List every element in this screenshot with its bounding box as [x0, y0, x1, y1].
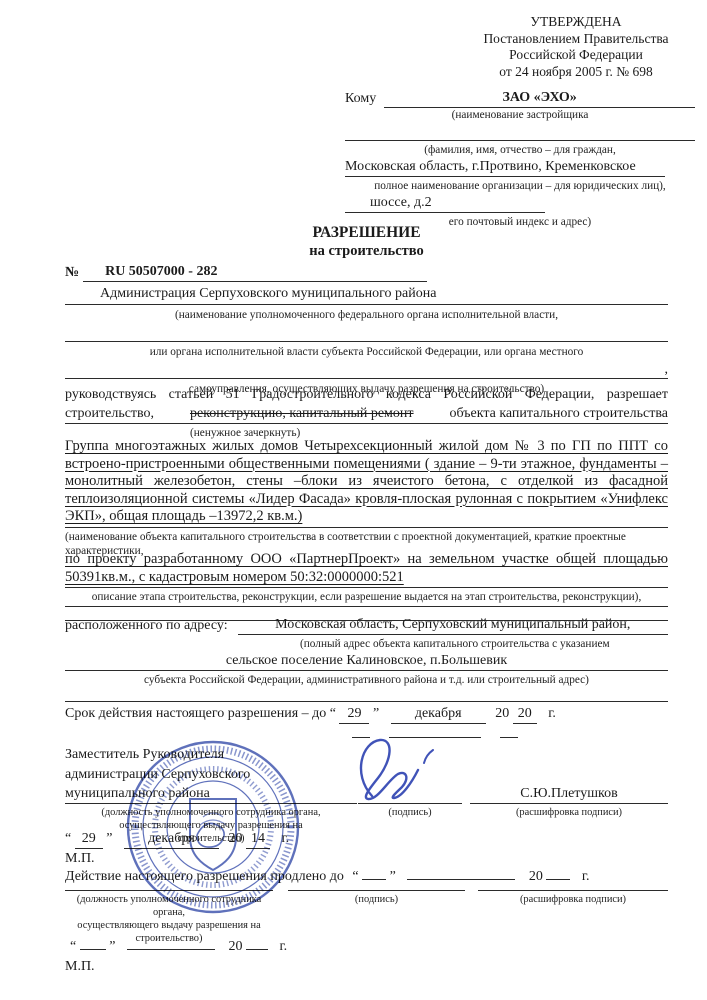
stage-hint: описание этапа строительства, реконструк…	[65, 588, 668, 607]
title-line1: РАЗРЕШЕНИЕ	[65, 224, 668, 242]
developer-name-field: ЗАО «ЭХО»	[384, 89, 695, 108]
open-quote: “	[352, 869, 358, 884]
stamp-bird-emblem	[197, 823, 224, 847]
signer-name: С.Ю.Плетушков	[470, 745, 668, 804]
location-label: расположенного по адресу:	[65, 617, 238, 635]
object-description-block: Группа многоэтажных жилых домов Четырехс…	[65, 438, 668, 558]
final-date-row: “ ” 20 г.	[70, 938, 668, 958]
validity-day: 29	[339, 705, 369, 724]
close-quote: ”	[373, 706, 379, 721]
trailing-comma-line: ,	[65, 361, 668, 379]
stamp-inner-text-ring	[155, 769, 271, 885]
developer-hint: (наименование застройщика	[345, 108, 695, 123]
location-value2: сельское поселение Калиновское, п.Больше…	[65, 652, 668, 671]
validity-suffix: г.	[548, 706, 556, 721]
authority-block: Администрация Серпуховского муниципально…	[65, 285, 668, 398]
issue-day: 29	[75, 830, 103, 849]
extension-day-blank	[362, 879, 386, 880]
permit-kind-row: строительство, реконструкцию, капитальны…	[65, 404, 668, 424]
ext-signature-column: (подпись)	[288, 890, 465, 906]
final-century: 20	[228, 939, 242, 954]
construction-permit-document: УТВЕРЖДЕНА Постановлением Правительства …	[0, 0, 707, 1000]
project-block: по проекту разработанному ООО «ПартнерПр…	[65, 550, 668, 621]
permit-number-value: RU 50507000 - 282	[83, 263, 427, 282]
permit-intro: руководствуясь статьей 51 Градостроитель…	[65, 386, 668, 404]
authority-name: Администрация Серпуховского муниципально…	[65, 285, 668, 305]
ext-name-hint: (расшифровка подписи)	[478, 890, 668, 906]
permit-clause: руководствуясь статьей 51 Градостроитель…	[65, 386, 668, 441]
final-day-blank	[80, 949, 106, 950]
extension-suffix: г.	[582, 869, 590, 884]
location-value: Московская область, Серпуховский муницип…	[238, 616, 668, 635]
approved-line: Постановлением Правительства	[452, 31, 700, 48]
developer-address-line2: шоссе, д.2	[345, 194, 545, 213]
name-hint: (расшифровка подписи)	[470, 804, 668, 819]
approved-line: Российской Федерации	[452, 47, 700, 64]
object-hint1: (наименование объекта капитального строи…	[65, 528, 668, 544]
final-date-block: “ ” 20 г. М.П.	[65, 938, 668, 976]
permit-kind-tail: объекта капитального строительства	[449, 405, 668, 423]
extension-month-blank	[407, 879, 515, 880]
final-year-blank	[246, 949, 268, 950]
addressee-block: Кому ЗАО «ЭХО» (наименование застройщика…	[345, 88, 695, 230]
fio-hint: (фамилия, имя, отчество – для граждан,	[345, 141, 695, 158]
final-month-blank	[127, 949, 215, 950]
addressee-row: Кому ЗАО «ЭХО»	[345, 88, 695, 108]
blank-field-line	[65, 324, 668, 342]
stamp-outer-text-ring	[135, 749, 291, 905]
permit-kind-kept: строительство,	[65, 405, 154, 423]
validity-month: декабря	[391, 705, 486, 724]
number-label: №	[65, 264, 83, 282]
close-quote: ”	[106, 831, 112, 846]
signature-hint: (подпись)	[358, 804, 462, 819]
document-title: РАЗРЕШЕНИЕ на строительство	[65, 224, 668, 260]
name-column: С.Ю.Плетушков (расшифровка подписи)	[470, 745, 668, 819]
authority-hint2: или органа исполнительной власти субъект…	[65, 342, 668, 361]
ext-name-column: (расшифровка подписи)	[478, 890, 668, 906]
official-round-stamp	[115, 735, 311, 919]
authority-hint1: (наименование уполномоченного федерально…	[65, 305, 668, 324]
approved-line: от 24 ноября 2005 г. № 698	[452, 64, 700, 81]
location-hint1: (полный адрес объекта капитального строи…	[300, 635, 668, 652]
ext-signature-hint: (подпись)	[288, 890, 465, 906]
close-quote: ”	[109, 939, 115, 954]
blank-field-line	[65, 688, 668, 702]
open-quote: “	[65, 831, 71, 846]
location-row: расположенного по адресу: Московская обл…	[65, 616, 668, 635]
to-label: Кому	[345, 90, 384, 108]
permit-kind-struck: реконструкцию, капитальный ремонт	[190, 405, 414, 423]
location-block: расположенного по адресу: Московская обл…	[65, 616, 668, 702]
final-suffix: г.	[279, 939, 287, 954]
permit-number-row: № RU 50507000 - 282	[65, 262, 668, 282]
blank-field-line	[345, 123, 695, 141]
object-description: Группа многоэтажных жилых домов Четырехс…	[65, 438, 668, 528]
open-quote: “	[70, 939, 76, 954]
project-description: по проекту разработанному ООО «ПартнерПр…	[65, 550, 668, 588]
open-quote: “	[330, 706, 336, 721]
validity-year: 20	[513, 705, 537, 724]
approval-block: УТВЕРЖДЕНА Постановлением Правительства …	[452, 14, 700, 80]
validity-label: Срок действия настоящего разрешения – до	[65, 706, 326, 721]
validity-century: 20	[495, 706, 509, 721]
validity-row: Срок действия настоящего разрешения – до…	[65, 705, 668, 726]
extension-year-blank	[546, 879, 570, 880]
extension-century: 20	[529, 869, 543, 884]
location-hint2: субъекта Российской Федерации, администр…	[65, 671, 668, 688]
ext-position-hint-line: осуществляющего выдачу разрешения на	[65, 919, 273, 932]
final-seal-place-label: М.П.	[65, 958, 668, 976]
approved-line: УТВЕРЖДЕНА	[452, 14, 700, 31]
title-line2: на строительство	[65, 242, 668, 260]
org-hint: полное наименование организации – для юр…	[345, 177, 695, 194]
developer-address-line1: Московская область, г.Протвино, Кременко…	[345, 158, 665, 177]
handwritten-signature	[336, 730, 448, 806]
close-quote: ”	[390, 869, 396, 884]
blank-year-line	[500, 737, 518, 738]
